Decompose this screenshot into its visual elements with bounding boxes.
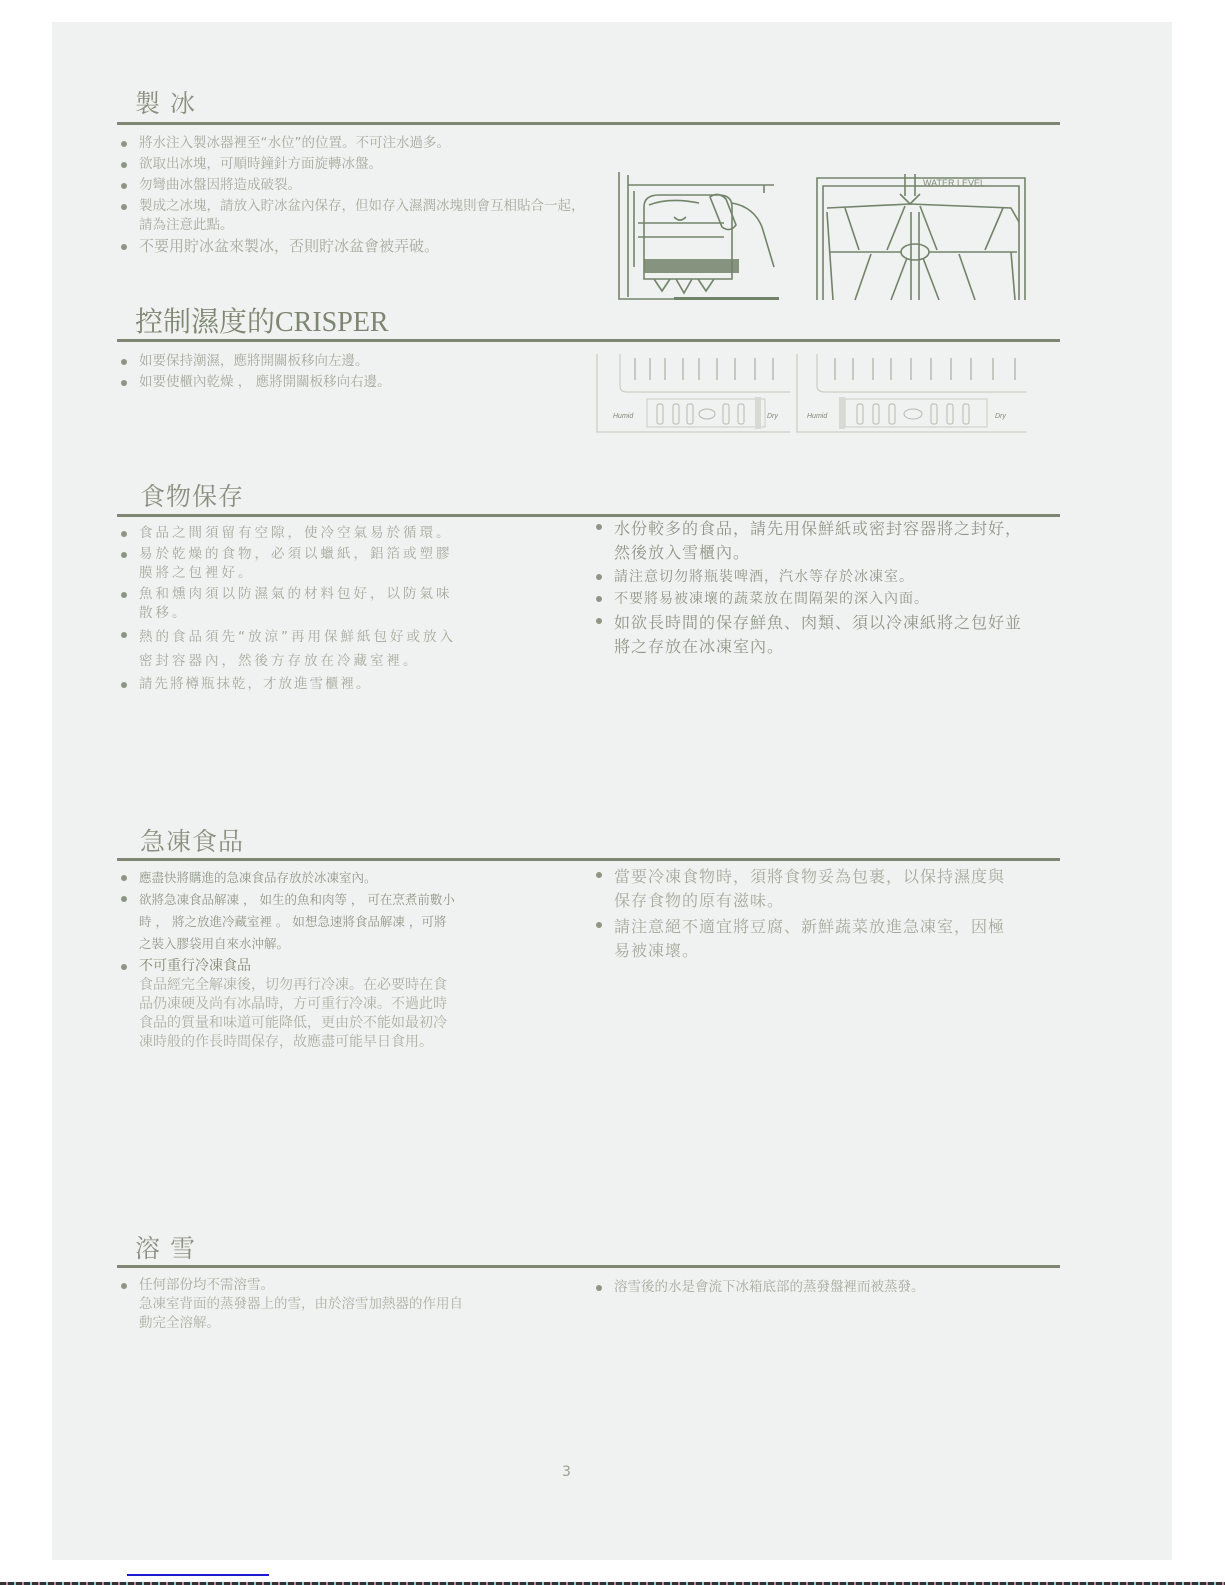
- ice-tray-illustration: [614, 167, 784, 307]
- defrost-right-list: 溶雪後的水是會流下冰箱底部的蒸發盤裡而被蒸發。: [592, 1278, 1032, 1299]
- refreeze-text: 食品經完全解凍後，切勿再行冷凍。在必要時在食品仍凍硬及尚有冰晶時，方可重行冷凍。…: [139, 976, 457, 1052]
- refreeze-heading: 不可重行冷凍食品: [139, 958, 251, 974]
- list-item: 水份較多的食品，請先用保鮮紙或密封容器將之封好，然後放入雪櫃內。: [592, 517, 1022, 565]
- list-item: 請注意切勿將瓶裝啤酒，汽水等存於冰凍室。: [592, 567, 1022, 587]
- list-item: 請先將樽瓶抹乾，才放進雪櫃裡。: [117, 675, 457, 694]
- section-divider: [117, 122, 1060, 125]
- humid-label: Humid: [807, 413, 828, 420]
- defrost-sub: 急凍室背面的蒸發器上的雪，由於溶雪加熱器的作用自動完全溶解。: [139, 1295, 467, 1333]
- list-item: 不要用貯冰盆來製冰，否則貯冰盆會被弄破。: [117, 237, 587, 256]
- ice-making-list: 將水注入製冰器裡至“水位”的位置。不可注水過多。 欲取出冰塊，可順時鐘針方面旋轉…: [117, 134, 587, 258]
- list-item: 將水注入製冰器裡至“水位”的位置。不可注水過多。: [117, 134, 587, 153]
- list-item: 任何部份均不需溶雪。 急凍室背面的蒸發器上的雪，由於溶雪加熱器的作用自動完全溶解…: [117, 1276, 467, 1333]
- list-item: 食品之間須留有空隙，使冷空氣易於循環。: [117, 524, 457, 543]
- crisper-slider-dry: Humid Dry: [795, 352, 1030, 437]
- list-item: 應盡快將購進的急凍食品存放於冰凍室內。: [117, 868, 457, 887]
- section-divider: [117, 1265, 1060, 1268]
- crisper-slider-humid: Humid Dry: [595, 352, 795, 437]
- food-storage-left-list: 食品之間須留有空隙，使冷空氣易於循環。 易於乾燥的食物，必須以蠟紙，鋁箔或塑膠膜…: [117, 524, 457, 696]
- link-underline[interactable]: [127, 1574, 269, 1576]
- section-title-food-storage: 食物保存: [140, 477, 244, 513]
- list-item: 易於乾燥的食物，必須以蠟紙，鋁箔或塑膠膜將之包裡好。: [117, 545, 457, 583]
- frozen-food-left-list: 應盡快將購進的急凍食品存放於冰凍室內。 欲將急凍食品解凍 ， 如生的魚和肉等 ，…: [117, 868, 457, 1054]
- list-item: 請注意絕不適宜將豆腐、新鮮蔬菜放進急凍室，因極易被凍壞。: [592, 915, 1012, 963]
- list-item: 魚和燻肉須以防濕氣的材料包好，以防氣味散移。: [117, 585, 457, 623]
- list-item: 製成之冰塊，請放入貯冰盆內保存，但如存入濕潤冰塊則會互相貼合一起，請為注意此點。: [117, 197, 587, 235]
- list-item: 欲取出冰塊，可順時鐘針方面旋轉冰盤。: [117, 155, 587, 174]
- section-title-crisper: 控制濕度的CRISPER: [135, 300, 389, 340]
- list-item: 不可重行冷凍食品 食品經完全解凍後，切勿再行冷凍。在必要時在食品仍凍硬及尚有冰晶…: [117, 957, 457, 1052]
- food-storage-right-list: 水份較多的食品，請先用保鮮紙或密封容器將之封好，然後放入雪櫃內。 請注意切勿將瓶…: [592, 517, 1022, 661]
- dry-label: Dry: [995, 413, 1006, 420]
- page-number: 3: [562, 1464, 571, 1480]
- section-divider: [117, 858, 1060, 861]
- list-item: 如要使櫃內乾燥 ， 應將開關板移向右邊。: [117, 373, 587, 392]
- list-item: 熱的食品須先“放涼”再用保鮮紙包好或放入密封容器內，然後方存放在冷藏室裡。: [117, 625, 457, 673]
- defrost-bullet: 任何部份均不需溶雪。: [139, 1277, 274, 1293]
- water-level-illustration: WATER LEVEL: [815, 172, 1030, 302]
- list-item: 欲將急凍食品解凍 ， 如生的魚和肉等 ， 可在烹煮前數小時 ， 將之放進冷藏室裡…: [117, 889, 457, 955]
- list-item: 勿彎曲冰盤因將造成破裂。: [117, 176, 587, 195]
- list-item: 如要保持潮濕，應將開關板移向左邊。: [117, 352, 587, 371]
- section-divider: [117, 339, 1060, 342]
- crisper-list: 如要保持潮濕，應將開關板移向左邊。 如要使櫃內乾燥 ， 應將開關板移向右邊。: [117, 352, 587, 394]
- list-item: 不要將易被凍壞的蔬菜放在間隔架的深入內面。: [592, 589, 1022, 609]
- list-item: 當要冷凍食物時，須將食物妥為包裹，以保持濕度與保存食物的原有滋味。: [592, 865, 1012, 913]
- list-item: 溶雪後的水是會流下冰箱底部的蒸發盤裡而被蒸發。: [592, 1278, 1032, 1297]
- water-level-label: WATER LEVEL: [923, 178, 985, 188]
- list-item: 如欲長時間的保存鮮魚、肉類、須以冷凍紙將之包好並將之存放在冰凍室內。: [592, 611, 1022, 659]
- section-title-defrost: 溶 雪: [135, 1229, 196, 1265]
- frozen-food-right-list: 當要冷凍食物時，須將食物妥為包裹，以保持濕度與保存食物的原有滋味。 請注意絕不適…: [592, 865, 1012, 965]
- manual-page: 製 冰 將水注入製冰器裡至“水位”的位置。不可注水過多。 欲取出冰塊，可順時鐘針…: [52, 22, 1172, 1560]
- humid-label: Humid: [613, 413, 634, 420]
- dry-label: Dry: [767, 413, 778, 420]
- section-title-frozen-food: 急凍食品: [140, 822, 244, 858]
- defrost-left-list: 任何部份均不需溶雪。 急凍室背面的蒸發器上的雪，由於溶雪加熱器的作用自動完全溶解…: [117, 1276, 467, 1335]
- section-title-ice-making: 製 冰: [135, 84, 196, 120]
